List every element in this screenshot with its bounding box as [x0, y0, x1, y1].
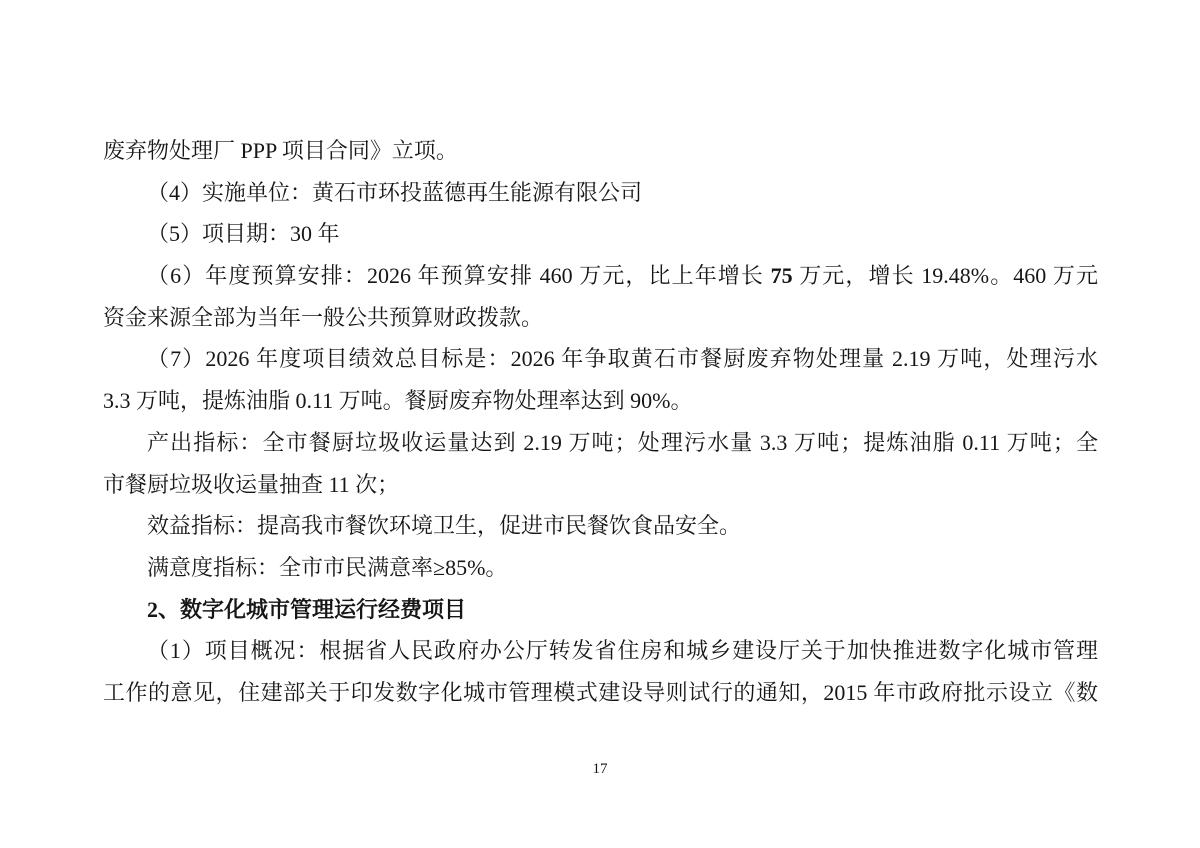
text-line: （6）年度预算安排：2026 年预算安排 460 万元，比上年增长 75 万元，…: [103, 255, 1098, 297]
text-line: 废弃物处理厂 PPP 项目合同》立项。: [103, 130, 1098, 172]
document-body: 废弃物处理厂 PPP 项目合同》立项。（4）实施单位：黄石市环投蓝德再生能源有限…: [103, 130, 1098, 714]
text-line: 市餐厨垃圾收运量抽查 11 次；: [103, 464, 1098, 506]
text-segment: （4）实施单位：黄石市环投蓝德再生能源有限公司: [147, 180, 642, 205]
bold-text-segment: 2、数字化城市管理运行经费项目: [147, 597, 466, 622]
text-line: （5）项目期：30 年: [103, 213, 1098, 255]
paragraph: （1）项目概况：根据省人民政府办公厅转发省住房和城乡建设厅关于加快推进数字化城市…: [103, 630, 1098, 713]
text-segment: （1）项目概况：根据省人民政府办公厅转发省住房和城乡建设厅关于加快推进数字化城市…: [147, 638, 1098, 663]
text-line: 工作的意见，住建部关于印发数字化城市管理模式建设导则试行的通知，2015 年市政…: [103, 672, 1098, 714]
text-line: （4）实施单位：黄石市环投蓝德再生能源有限公司: [103, 172, 1098, 214]
text-line: （7）2026 年度项目绩效总目标是：2026 年争取黄石市餐厨废弃物处理量 2…: [103, 338, 1098, 380]
text-segment: 产出指标：全市餐厨垃圾收运量达到 2.19 万吨；处理污水量 3.3 万吨；提炼…: [147, 430, 1098, 455]
text-line: 产出指标：全市餐厨垃圾收运量达到 2.19 万吨；处理污水量 3.3 万吨；提炼…: [103, 422, 1098, 464]
bold-text-segment: 75: [771, 263, 793, 288]
text-segment: （5）项目期：30 年: [147, 221, 340, 246]
paragraph: （5）项目期：30 年: [103, 213, 1098, 255]
paragraph: 废弃物处理厂 PPP 项目合同》立项。: [103, 130, 1098, 172]
paragraph: 满意度指标：全市市民满意率≥85%。: [103, 547, 1098, 589]
paragraph: （4）实施单位：黄石市环投蓝德再生能源有限公司: [103, 172, 1098, 214]
text-line: 效益指标：提高我市餐饮环境卫生，促进市民餐饮食品安全。: [103, 505, 1098, 547]
paragraph: （7）2026 年度项目绩效总目标是：2026 年争取黄石市餐厨废弃物处理量 2…: [103, 338, 1098, 421]
text-segment: 3.3 万吨，提炼油脂 0.11 万吨。餐厨废弃物处理率达到 90%。: [103, 388, 693, 413]
page-number: 17: [0, 758, 1200, 780]
document-page: 废弃物处理厂 PPP 项目合同》立项。（4）实施单位：黄石市环投蓝德再生能源有限…: [0, 0, 1200, 848]
text-line: 满意度指标：全市市民满意率≥85%。: [103, 547, 1098, 589]
paragraph: （6）年度预算安排：2026 年预算安排 460 万元，比上年增长 75 万元，…: [103, 255, 1098, 338]
text-line: （1）项目概况：根据省人民政府办公厅转发省住房和城乡建设厅关于加快推进数字化城市…: [103, 630, 1098, 672]
text-line: 3.3 万吨，提炼油脂 0.11 万吨。餐厨废弃物处理率达到 90%。: [103, 380, 1098, 422]
text-segment: （6）年度预算安排：2026 年预算安排 460 万元，比上年增长: [147, 263, 771, 288]
paragraph: 2、数字化城市管理运行经费项目: [103, 589, 1098, 631]
text-segment: 市餐厨垃圾收运量抽查 11 次；: [103, 472, 399, 497]
text-segment: 效益指标：提高我市餐饮环境卫生，促进市民餐饮食品安全。: [147, 513, 741, 538]
text-line: 2、数字化城市管理运行经费项目: [103, 589, 1098, 631]
paragraph: 效益指标：提高我市餐饮环境卫生，促进市民餐饮食品安全。: [103, 505, 1098, 547]
text-segment: 资金来源全部为当年一般公共预算财政拨款。: [103, 305, 543, 330]
text-line: 资金来源全部为当年一般公共预算财政拨款。: [103, 297, 1098, 339]
text-segment: 工作的意见，住建部关于印发数字化城市管理模式建设导则试行的通知，2015 年市政…: [103, 680, 1098, 705]
paragraph: 产出指标：全市餐厨垃圾收运量达到 2.19 万吨；处理污水量 3.3 万吨；提炼…: [103, 422, 1098, 505]
text-segment: （7）2026 年度项目绩效总目标是：2026 年争取黄石市餐厨废弃物处理量 2…: [147, 346, 1098, 371]
text-segment: 满意度指标：全市市民满意率≥85%。: [147, 555, 507, 580]
text-segment: 万元，增长 19.48%。460 万元: [793, 263, 1098, 288]
text-segment: 废弃物处理厂 PPP 项目合同》立项。: [103, 138, 458, 163]
